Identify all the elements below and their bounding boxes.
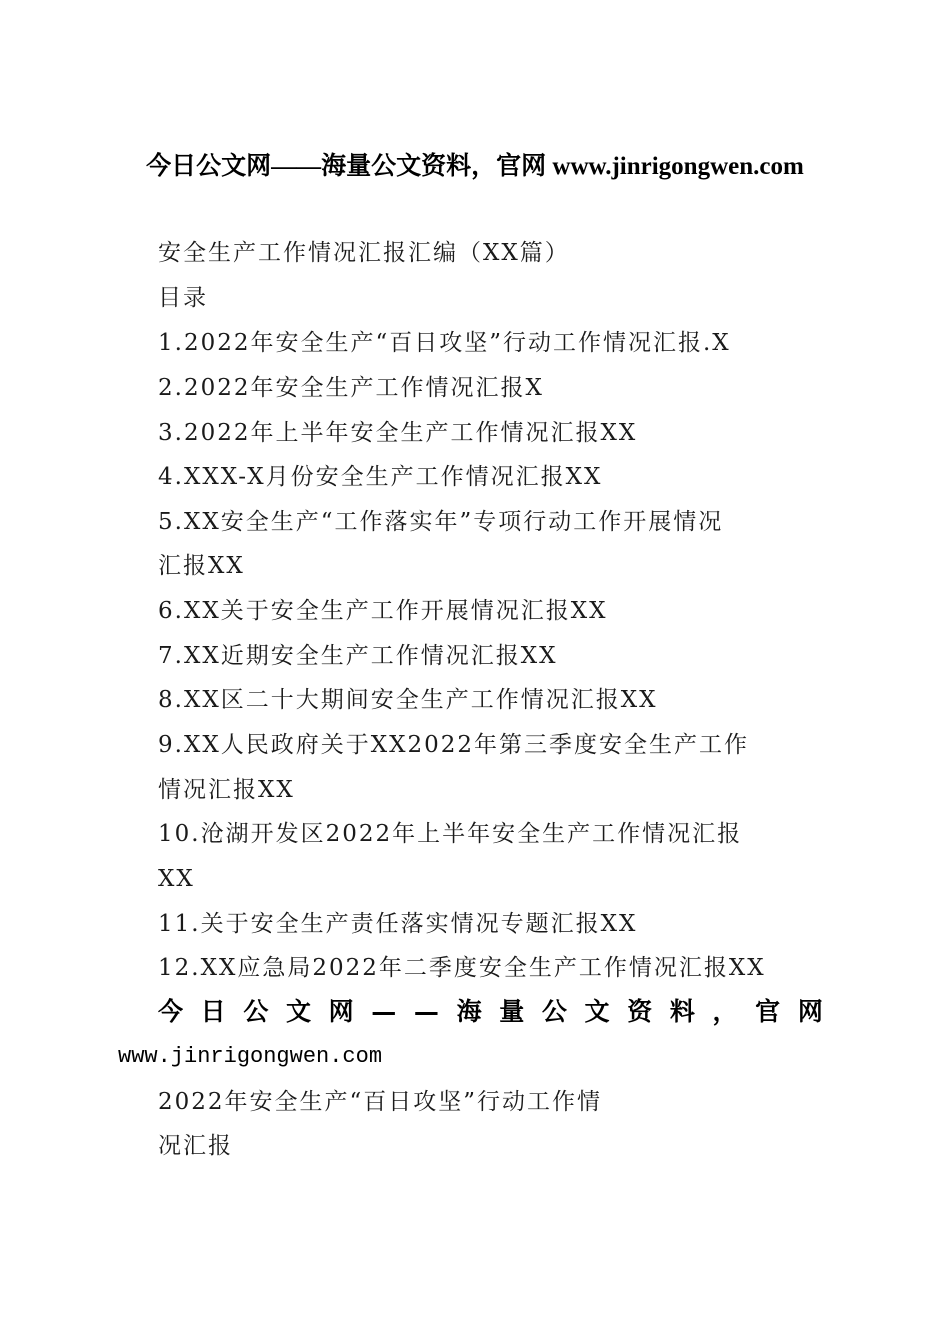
banner-char: 日 — [201, 996, 226, 1028]
toc-item: 3.2022年上半年安全生产工作情况汇报XX — [158, 418, 637, 448]
toc-item: 2.2022年安全生产工作情况汇报X — [158, 373, 544, 403]
toc-item: 10.沧湖开发区2022年上半年安全生产工作情况汇报 — [158, 819, 742, 849]
toc-item: 5.XX安全生产“工作落实年”专项行动工作开展情况 — [158, 507, 723, 537]
toc-item-continuation: 汇报XX — [158, 551, 245, 581]
banner-char: — — [371, 996, 396, 1028]
banner-char: 海 — [457, 996, 482, 1028]
banner-char: 文 — [585, 996, 610, 1028]
site-banner-justified: 今 日 公 文 网 — — 海 量 公 文 资 料 ， 官 网 — [158, 996, 823, 1028]
document-title: 安全生产工作情况汇报汇编（XX篇） — [158, 238, 570, 268]
banner-char: 文 — [286, 996, 311, 1028]
banner-char: — — [414, 996, 439, 1028]
toc-item: 7.XX近期安全生产工作情况汇报XX — [158, 641, 557, 671]
document-page: 今日公文网——海量公文资料，官网 www.jinrigongwen.com 安全… — [0, 0, 950, 1344]
banner-char: 量 — [499, 996, 524, 1028]
toc-item: 4.XXX-X月份安全生产工作情况汇报XX — [158, 462, 602, 492]
section-title: 2022年安全生产“百日攻坚”行动工作情 — [158, 1087, 602, 1117]
toc-item: 6.XX关于安全生产工作开展情况汇报XX — [158, 596, 607, 626]
toc-item: 9.XX人民政府关于XX2022年第三季度安全生产工作 — [158, 730, 749, 760]
banner-char: 网 — [329, 996, 354, 1028]
site-url: www.jinrigongwen.com — [118, 1042, 382, 1072]
toc-item: 1.2022年安全生产“百日攻坚”行动工作情况汇报.X — [158, 328, 731, 358]
toc-item: 11.关于安全生产责任落实情况专题汇报XX — [158, 909, 637, 939]
toc-item-continuation: 情况汇报XX — [158, 775, 295, 805]
site-banner: 今日公文网——海量公文资料，官网 www.jinrigongwen.com — [0, 146, 950, 182]
banner-char: 公 — [542, 996, 567, 1028]
banner-char: 网 — [798, 996, 823, 1028]
banner-char: 料 — [670, 996, 695, 1028]
banner-char: 公 — [243, 996, 268, 1028]
toc-item-continuation: XX — [158, 864, 195, 894]
section-title-continuation: 况汇报 — [158, 1131, 233, 1161]
toc-item: 8.XX区二十大期间安全生产工作情况汇报XX — [158, 685, 657, 715]
banner-char: 资 — [627, 996, 652, 1028]
banner-char: ， — [713, 996, 738, 1028]
toc-heading: 目录 — [158, 283, 208, 313]
banner-char: 官 — [755, 996, 780, 1028]
banner-char: 今 — [158, 996, 183, 1028]
toc-item: 12.XX应急局2022年二季度安全生产工作情况汇报XX — [158, 953, 766, 983]
